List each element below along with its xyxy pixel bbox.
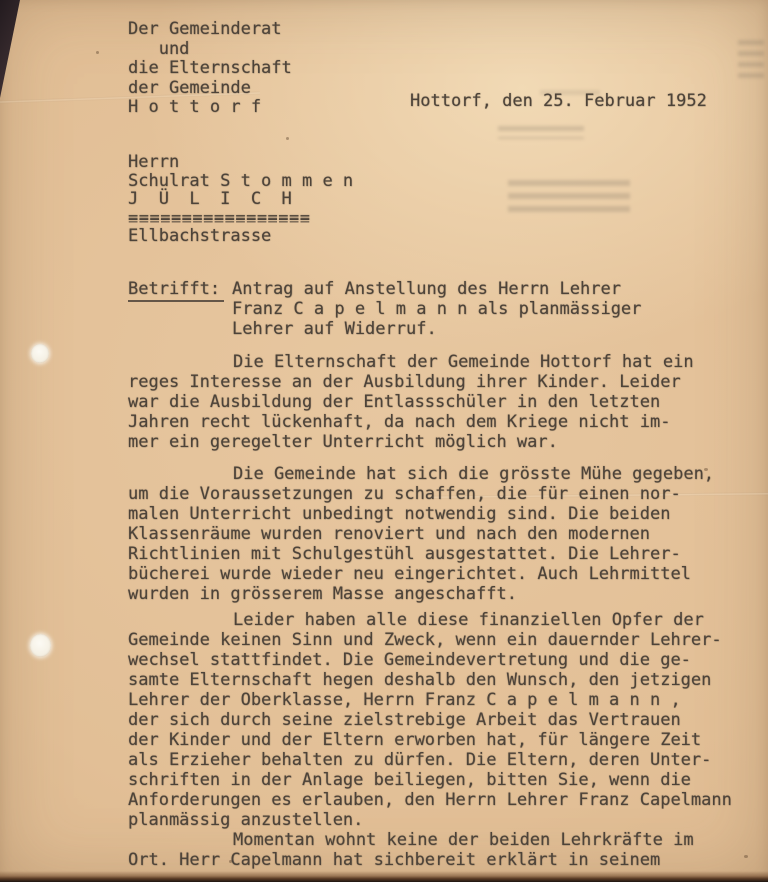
ink-bleedthrough [498, 126, 584, 139]
recipient-line: J Ü L I C H [128, 190, 353, 209]
recipient-line: Herrn [128, 153, 353, 172]
letter-line: wurden in grösserem Masse angeschafft. [128, 584, 714, 604]
scanned-letter-page: Der Gemeinderat und die Elternschaft der… [0, 0, 768, 882]
letter-line: schriften in der Anlage beiliegen, bitte… [128, 770, 732, 790]
recipient-underline-row: ================= [128, 209, 353, 228]
letter-line: Ort. Herr Capelmann hat sichbereit erklä… [128, 850, 694, 870]
ink-bleedthrough [508, 180, 630, 216]
sender-line: die Elternschaft [128, 59, 292, 79]
letter-line: Lehrer der Oberklasse, Herrn Franz C a p… [128, 690, 732, 710]
letter-line: samte Elternschaft hegen deshalb den Wun… [128, 670, 732, 690]
sender-line: H o t t o r f [128, 98, 292, 118]
body-paragraph-3: Leider haben alle diese finanziellen Opf… [128, 610, 732, 830]
subject-block: Antrag auf Anstellung des Herrn Lehrer F… [232, 279, 641, 339]
letter-line: war die Ausbildung der Entlassschüler in… [128, 392, 694, 412]
letter-line: der Kinder und der Eltern erworben hat, … [128, 730, 732, 750]
letter-line: Leider haben alle diese finanziellen Opf… [128, 610, 732, 630]
letter-line: reges Interesse an der Ausbildung ihrer … [128, 372, 694, 392]
body-paragraph-4: Momentan wohnt keine der beiden Lehrkräf… [128, 830, 694, 870]
letter-line: als Erzieher behalten zu dürfen. Die Elt… [128, 750, 732, 770]
recipient-block: Herrn Schulrat S t o m m e n J Ü L I C H… [128, 153, 353, 246]
letter-line: Jahren recht lückenhaft, da nach dem Kri… [128, 412, 694, 432]
letter-line: wechsel stattfindet. Die Gemeindevertret… [128, 650, 732, 670]
subject-label-text: Betrifft: [128, 279, 224, 302]
letter-line: Die Elternschaft der Gemeinde Hottorf ha… [128, 352, 694, 372]
letter-line: Momentan wohnt keine der beiden Lehrkräf… [128, 830, 694, 850]
punch-hole-top [31, 344, 49, 363]
paper-speck [286, 137, 289, 140]
scan-bottom-edge [0, 871, 768, 882]
dateline: Hottorf, den 25. Februar 1952 [410, 91, 707, 111]
paper-speck [96, 51, 99, 54]
sender-line: Der Gemeinderat [128, 20, 292, 40]
letter-line: Klassenräume wurden renoviert und nach d… [128, 524, 714, 544]
letter-line: Anforderungen es erlauben, den Herrn Leh… [128, 790, 732, 810]
paper-speck [744, 855, 748, 858]
letter-line: planmässig anzustellen. [128, 810, 732, 830]
subject-line: Antrag auf Anstellung des Herrn Lehrer [232, 279, 641, 299]
letter-line: malen Unterricht unbedingt notwendig sin… [128, 504, 714, 524]
subject-line: Franz C a p e l m a n n als planmässiger [232, 299, 641, 319]
letter-line: Gemeinde keinen Sinn und Zweck, wenn ein… [128, 630, 732, 650]
recipient-line: Ellbachstrasse [128, 227, 353, 246]
ink-bleedthrough [738, 40, 764, 84]
sender-line: der Gemeinde [128, 79, 292, 99]
subject-label: Betrifft: [128, 279, 224, 302]
sender-line: und [128, 40, 292, 60]
sender-block: Der Gemeinderat und die Elternschaft der… [128, 20, 292, 118]
letter-line: Die Gemeinde hat sich die grösste Mühe g… [128, 464, 714, 484]
body-paragraph-2: Die Gemeinde hat sich die grösste Mühe g… [128, 464, 714, 604]
letter-line: um die Voraussetzungen zu schaffen, die … [128, 484, 714, 504]
letter-line: der sich durch seine zielstrebige Arbeit… [128, 710, 732, 730]
letter-line: Richtlinien mit Schulgestühl ausgestatte… [128, 544, 714, 564]
scan-background-corner [0, 0, 20, 98]
subject-line: Lehrer auf Widerruf. [232, 319, 641, 339]
letter-line: mer ein geregelter Unterricht möglich wa… [128, 432, 694, 452]
recipient-line: Schulrat S t o m m e n [128, 172, 353, 191]
body-paragraph-1: Die Elternschaft der Gemeinde Hottorf ha… [128, 352, 694, 452]
letter-line: bücherei wurde wieder neu eingerichtet. … [128, 564, 714, 584]
punch-hole-bottom [30, 634, 51, 657]
